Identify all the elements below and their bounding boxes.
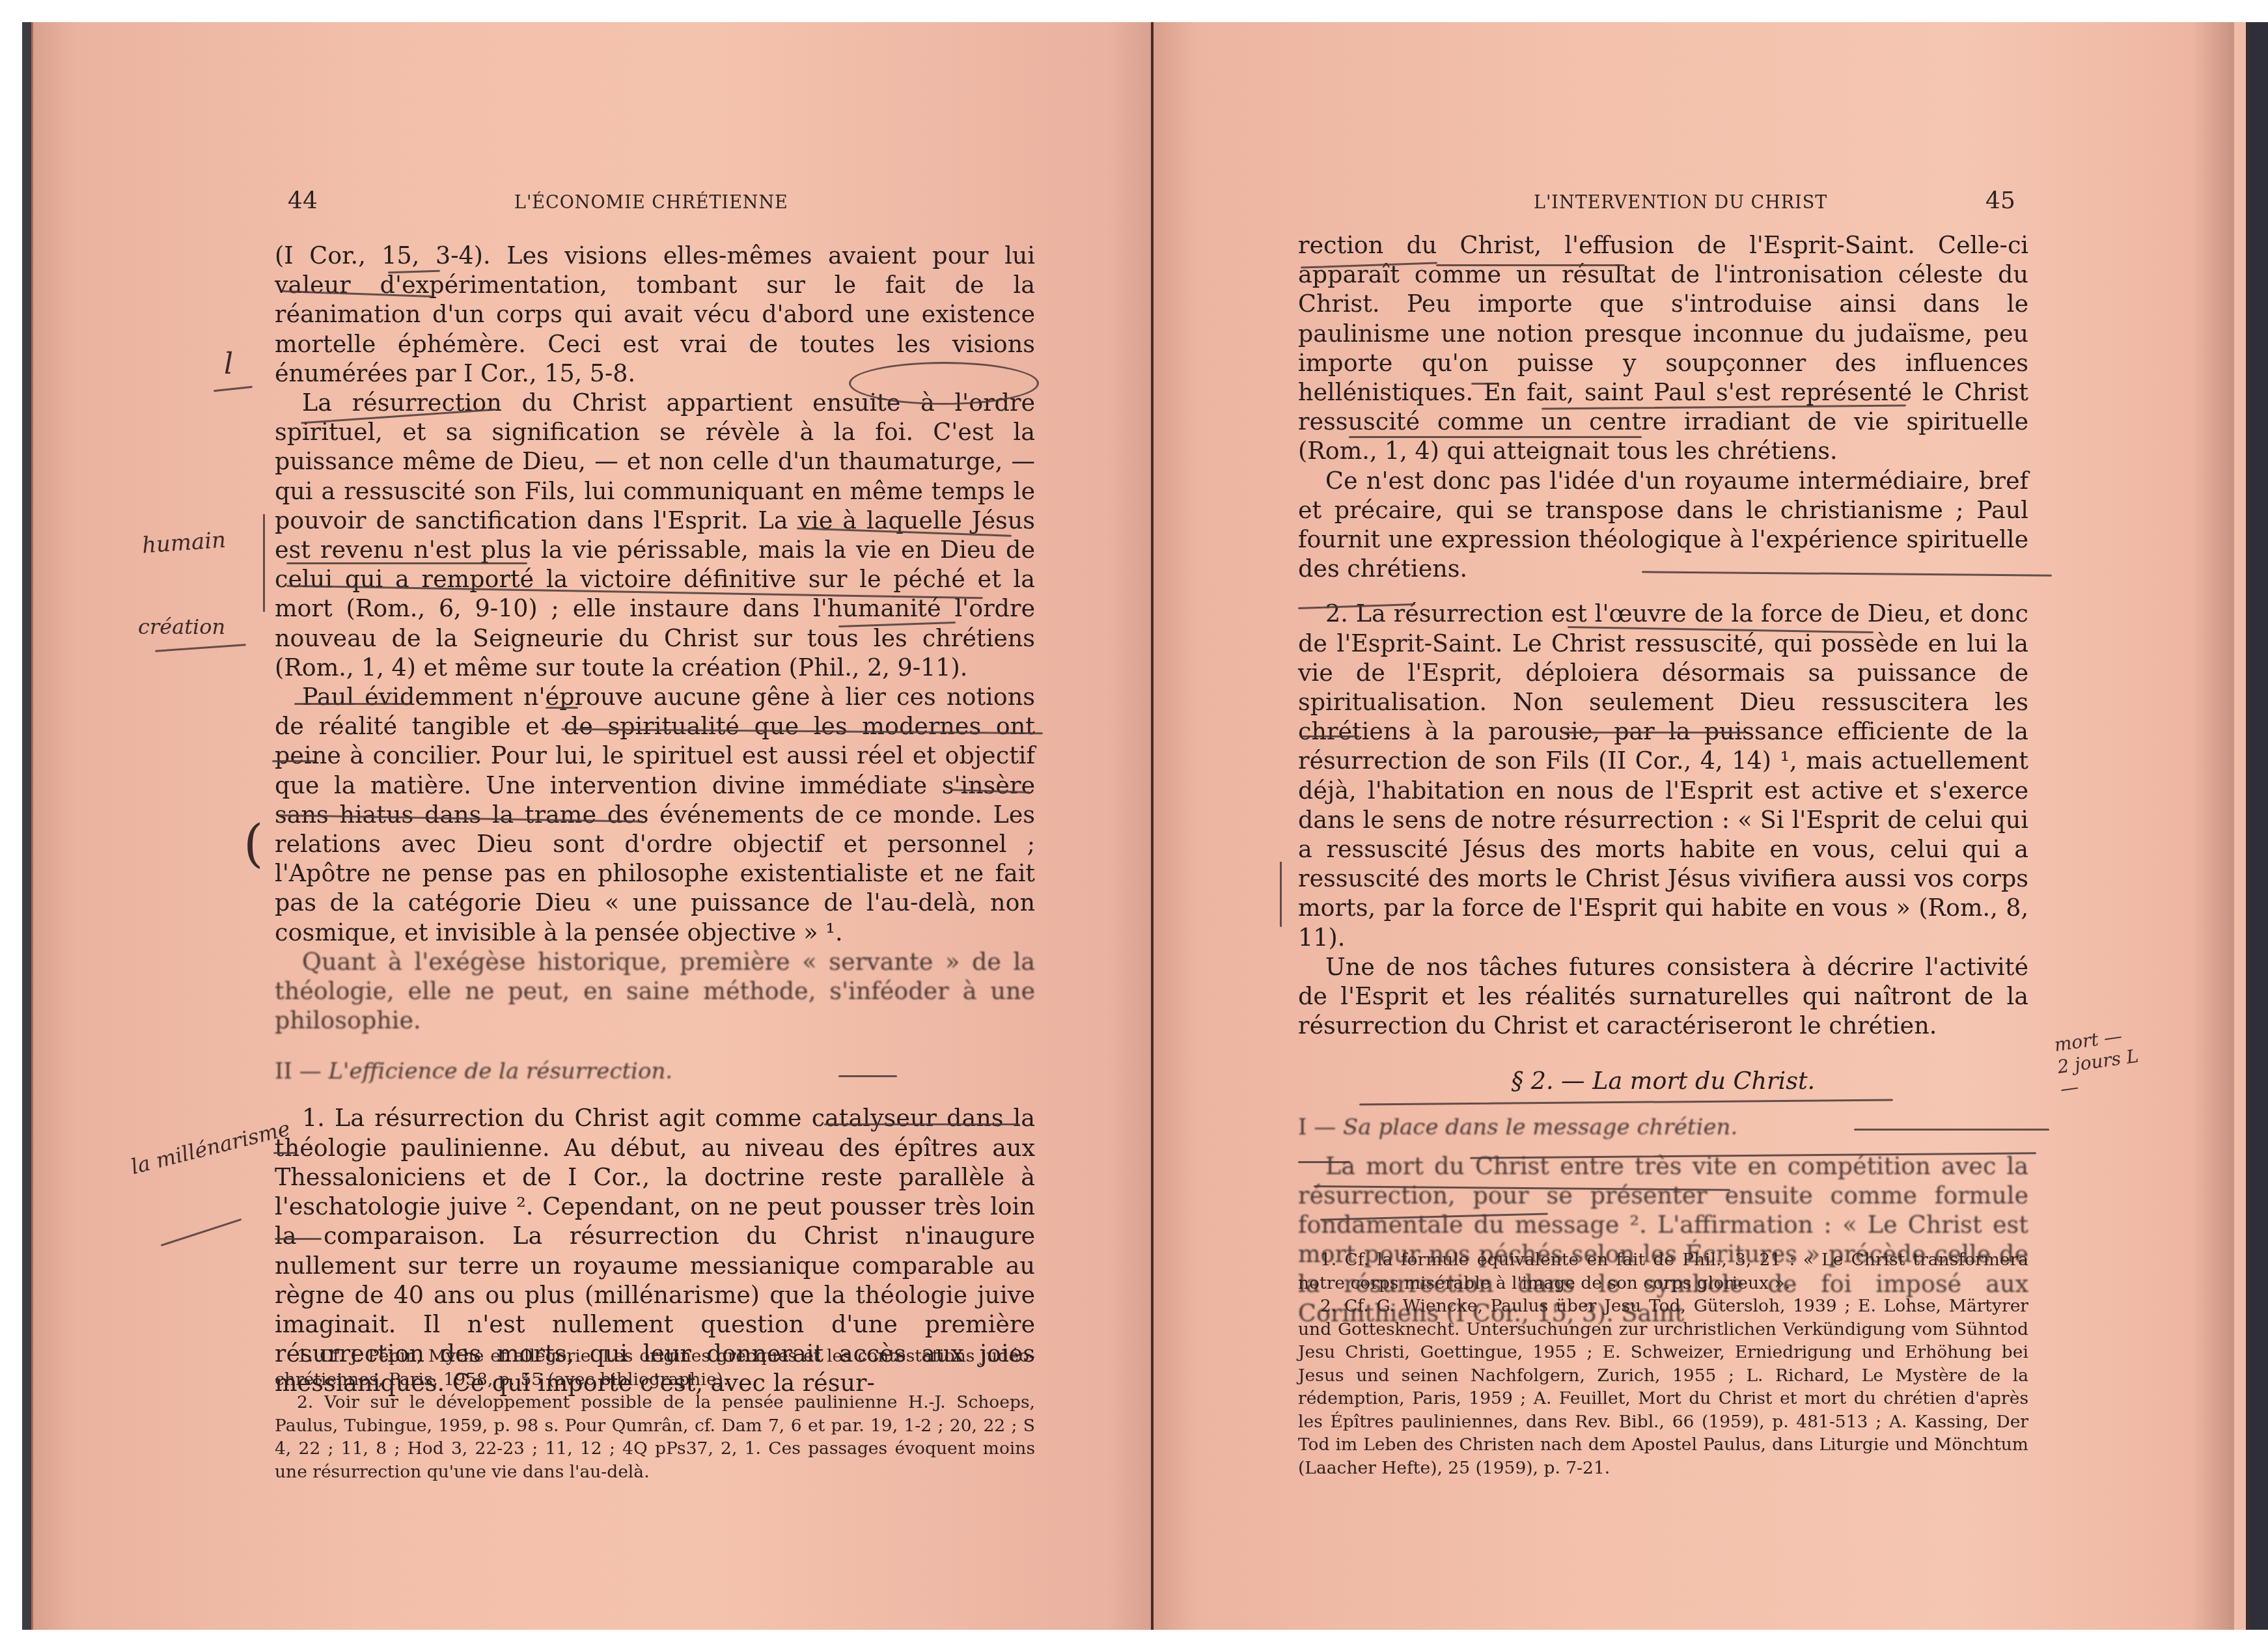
pencil-underline xyxy=(546,707,578,709)
pencil-bracket xyxy=(1280,862,1286,927)
body-text: (I Cor., 15, 3-4). Les visions elles-mêm… xyxy=(275,241,1035,1398)
pencil-underline xyxy=(214,386,253,392)
right-page: L'INTERVENTION DU CHRIST 45 rection du C… xyxy=(1154,22,2234,1630)
margin-note: création xyxy=(138,614,225,639)
footnote: 1. Cf. la formule équivalente en fait de… xyxy=(1298,1248,2028,1295)
pencil-underline xyxy=(275,1238,322,1240)
margin-note: mort — 2 jours L— xyxy=(2053,1023,2146,1100)
body-text: rection du Christ, l'effusion de l'Espri… xyxy=(1298,230,2028,1328)
paragraph: rection du Christ, l'effusion de l'Espri… xyxy=(1298,230,2028,466)
book-spread: 44 L'ÉCONOMIE CHRÉTIENNE (I Cor., 15, 3-… xyxy=(22,22,2268,1630)
paragraph: Une de nos tâches futures consistera à d… xyxy=(1298,952,2028,1041)
book-cover-edge xyxy=(2234,22,2268,1630)
subsection-heading: I — Sa place dans le message chrétien. xyxy=(1298,1113,2028,1142)
pencil-circle xyxy=(849,362,1039,405)
page-number: 44 xyxy=(288,187,318,214)
paragraph: Paul évidemment n'éprouve aucune gêne à … xyxy=(275,682,1035,947)
pencil-underline xyxy=(161,1218,242,1246)
pencil-underline xyxy=(1349,436,1642,438)
pencil-underline xyxy=(1301,735,1359,737)
footnote: 2. Voir sur le développement possible de… xyxy=(275,1391,1035,1483)
section-title: L'efficience de la résurrection. xyxy=(328,1058,672,1084)
margin-note: la millénarisme xyxy=(128,1116,292,1179)
pencil-bracket xyxy=(258,514,265,612)
footnote: 1. Cf. J. Pépin, Mythe et allégorie. Les… xyxy=(275,1345,1035,1391)
running-head: L'INTERVENTION DU CHRIST xyxy=(1534,193,1827,213)
pencil-underline xyxy=(155,644,246,652)
margin-note: humain xyxy=(141,527,227,559)
subsection-number: I — xyxy=(1298,1114,1336,1140)
paragraph: Quant à l'exégèse historique, première «… xyxy=(275,947,1035,1036)
footnotes: 1. Cf. la formule équivalente en fait de… xyxy=(1298,1248,2028,1479)
pencil-underline xyxy=(1562,732,1745,734)
pencil-underline xyxy=(1436,264,1625,266)
paragraph: 2. La résurrection est l'œuvre de la for… xyxy=(1298,599,2028,952)
pencil-underline xyxy=(1854,1129,2049,1131)
paragraph: La résurrection du Christ appartient ens… xyxy=(275,388,1035,682)
subsection-title: Sa place dans le message chrétien. xyxy=(1343,1114,1737,1140)
pencil-underline xyxy=(1471,383,1497,385)
pencil-underline xyxy=(1298,1161,1350,1163)
margin-note: l xyxy=(224,348,233,381)
section-number: II — xyxy=(275,1058,322,1084)
margin-bracket: ( xyxy=(243,815,263,873)
section-heading: II — L'efficience de la résurrection. xyxy=(275,1057,1035,1086)
page-edge xyxy=(31,22,33,1630)
pencil-underline xyxy=(294,703,411,705)
footnote: 2. Cf. G. Wiencke, Paulus über Jesu Tod,… xyxy=(1298,1295,2028,1479)
running-head: L'ÉCONOMIE CHRÉTIENNE xyxy=(514,193,788,213)
pencil-underline xyxy=(824,1123,1019,1125)
pencil-underline xyxy=(273,1152,297,1154)
section-title: § 2. — La mort du Christ. xyxy=(1298,1066,2028,1095)
pencil-underline xyxy=(286,562,527,564)
pencil-underline xyxy=(838,1075,897,1077)
pencil-underline xyxy=(272,760,315,762)
page-number: 45 xyxy=(1985,187,2015,214)
footnotes: 1. Cf. J. Pépin, Mythe et allégorie. Les… xyxy=(275,1345,1035,1483)
paragraph: Ce n'est donc pas l'idée d'un royaume in… xyxy=(1298,466,2028,584)
left-page: 44 L'ÉCONOMIE CHRÉTIENNE (I Cor., 15, 3-… xyxy=(31,22,1152,1630)
